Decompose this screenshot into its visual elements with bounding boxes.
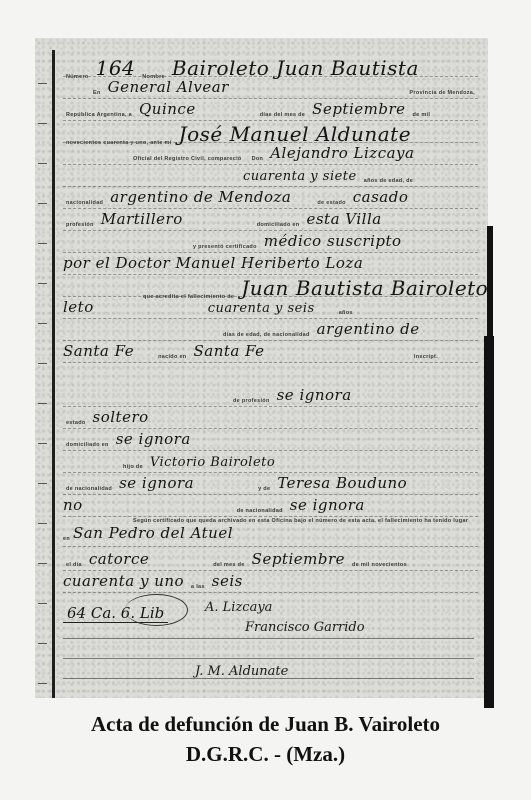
row-segun: Según certificado que queda archivado en… (63, 518, 478, 547)
row-numero-nombre: Número 164 Nombre Bairoleto Juan Bautist… (63, 56, 478, 77)
margin-tick (38, 683, 47, 684)
row-compareciente: Oficial del Registro Civil, compareció D… (63, 144, 478, 165)
margin-tick (38, 563, 47, 564)
row-anio-hora: cuarenta y uno a las seis (63, 572, 478, 593)
caption-source: D.G.R.C. - (Mza.) (0, 742, 531, 767)
margin-tick (38, 203, 47, 204)
signature-garrido: Francisco Garrido (245, 620, 365, 635)
row-madre: de nacionalidad se ignora y de Teresa Bo… (63, 474, 478, 495)
scan-shadow-edge (487, 226, 493, 336)
row-certificado: y presentó certificado médico suscripto (63, 232, 478, 253)
ruled-line (63, 678, 474, 679)
signature-aldunate: J. M. Aldunate (195, 664, 288, 679)
row-padre: hijo de Victorio Bairoleto (63, 452, 478, 473)
numero-value: 164 (96, 56, 136, 80)
row-oficial: novecientos cuarenta y uno, ante mí José… (63, 122, 478, 143)
margin-tick (38, 123, 47, 124)
row-lugar: En General Alvear Provincia de Mendoza, (63, 78, 478, 99)
ruled-line (63, 638, 474, 639)
row-edad: cuarenta y siete años de edad, de (63, 166, 478, 187)
margin-tick (38, 323, 47, 324)
margin-rule (52, 50, 55, 698)
margin-tick (38, 403, 47, 404)
row-estado-fallecido: estado soltero (63, 408, 478, 429)
row-nacionalidad: nacionalidad argentino de Mendoza de est… (63, 188, 478, 209)
caption-title: Acta de defunción de Juan B. Vairoleto (0, 712, 531, 737)
row-profesion: profesión Martillero domiciliado en esta… (63, 210, 478, 231)
margin-tick (38, 443, 47, 444)
margin-tick (38, 163, 47, 164)
row-doctor: por el Doctor Manuel Heriberto Loza (63, 254, 478, 275)
margin-tick (38, 483, 47, 484)
row-domicilio-fallecido: domiciliado en se ignora (63, 430, 478, 451)
row-nacionalidad-fallecido: días de edad, de nacionalidad argentino … (63, 320, 478, 341)
row-fecha: República Argentina, a Quince días del m… (63, 100, 478, 121)
nombre-value: Bairoleto Juan Bautista (172, 56, 419, 80)
row-madre-nacionalidad: no de nacionalidad se ignora (63, 496, 478, 517)
signature-lizcaya: A. Lizcaya (205, 600, 272, 615)
row-nacido: Santa Fe nacido en Santa Fe inscript. (63, 342, 478, 363)
margin-tick (38, 523, 47, 524)
death-certificate-document: Número 164 Nombre Bairoleto Juan Bautist… (35, 38, 488, 698)
ruled-line (63, 658, 474, 659)
row-dia-fallecimiento: el día catorce del mes de Septiembre de … (63, 550, 478, 571)
margin-tick (38, 283, 47, 284)
margin-tick (38, 603, 47, 604)
scan-shadow-edge (484, 336, 494, 708)
row-fallecido: que acredita el fallecimiento de Juan Ba… (63, 276, 478, 297)
margin-tick (38, 243, 47, 244)
margin-tick (38, 363, 47, 364)
margin-tick (38, 643, 47, 644)
row-edad-fallecido: leto cuarenta y seis años (63, 298, 478, 319)
row-profesion-fallecido: de profesión se ignora (63, 386, 478, 407)
margin-tick (38, 83, 47, 84)
stamp-ring (125, 594, 188, 626)
